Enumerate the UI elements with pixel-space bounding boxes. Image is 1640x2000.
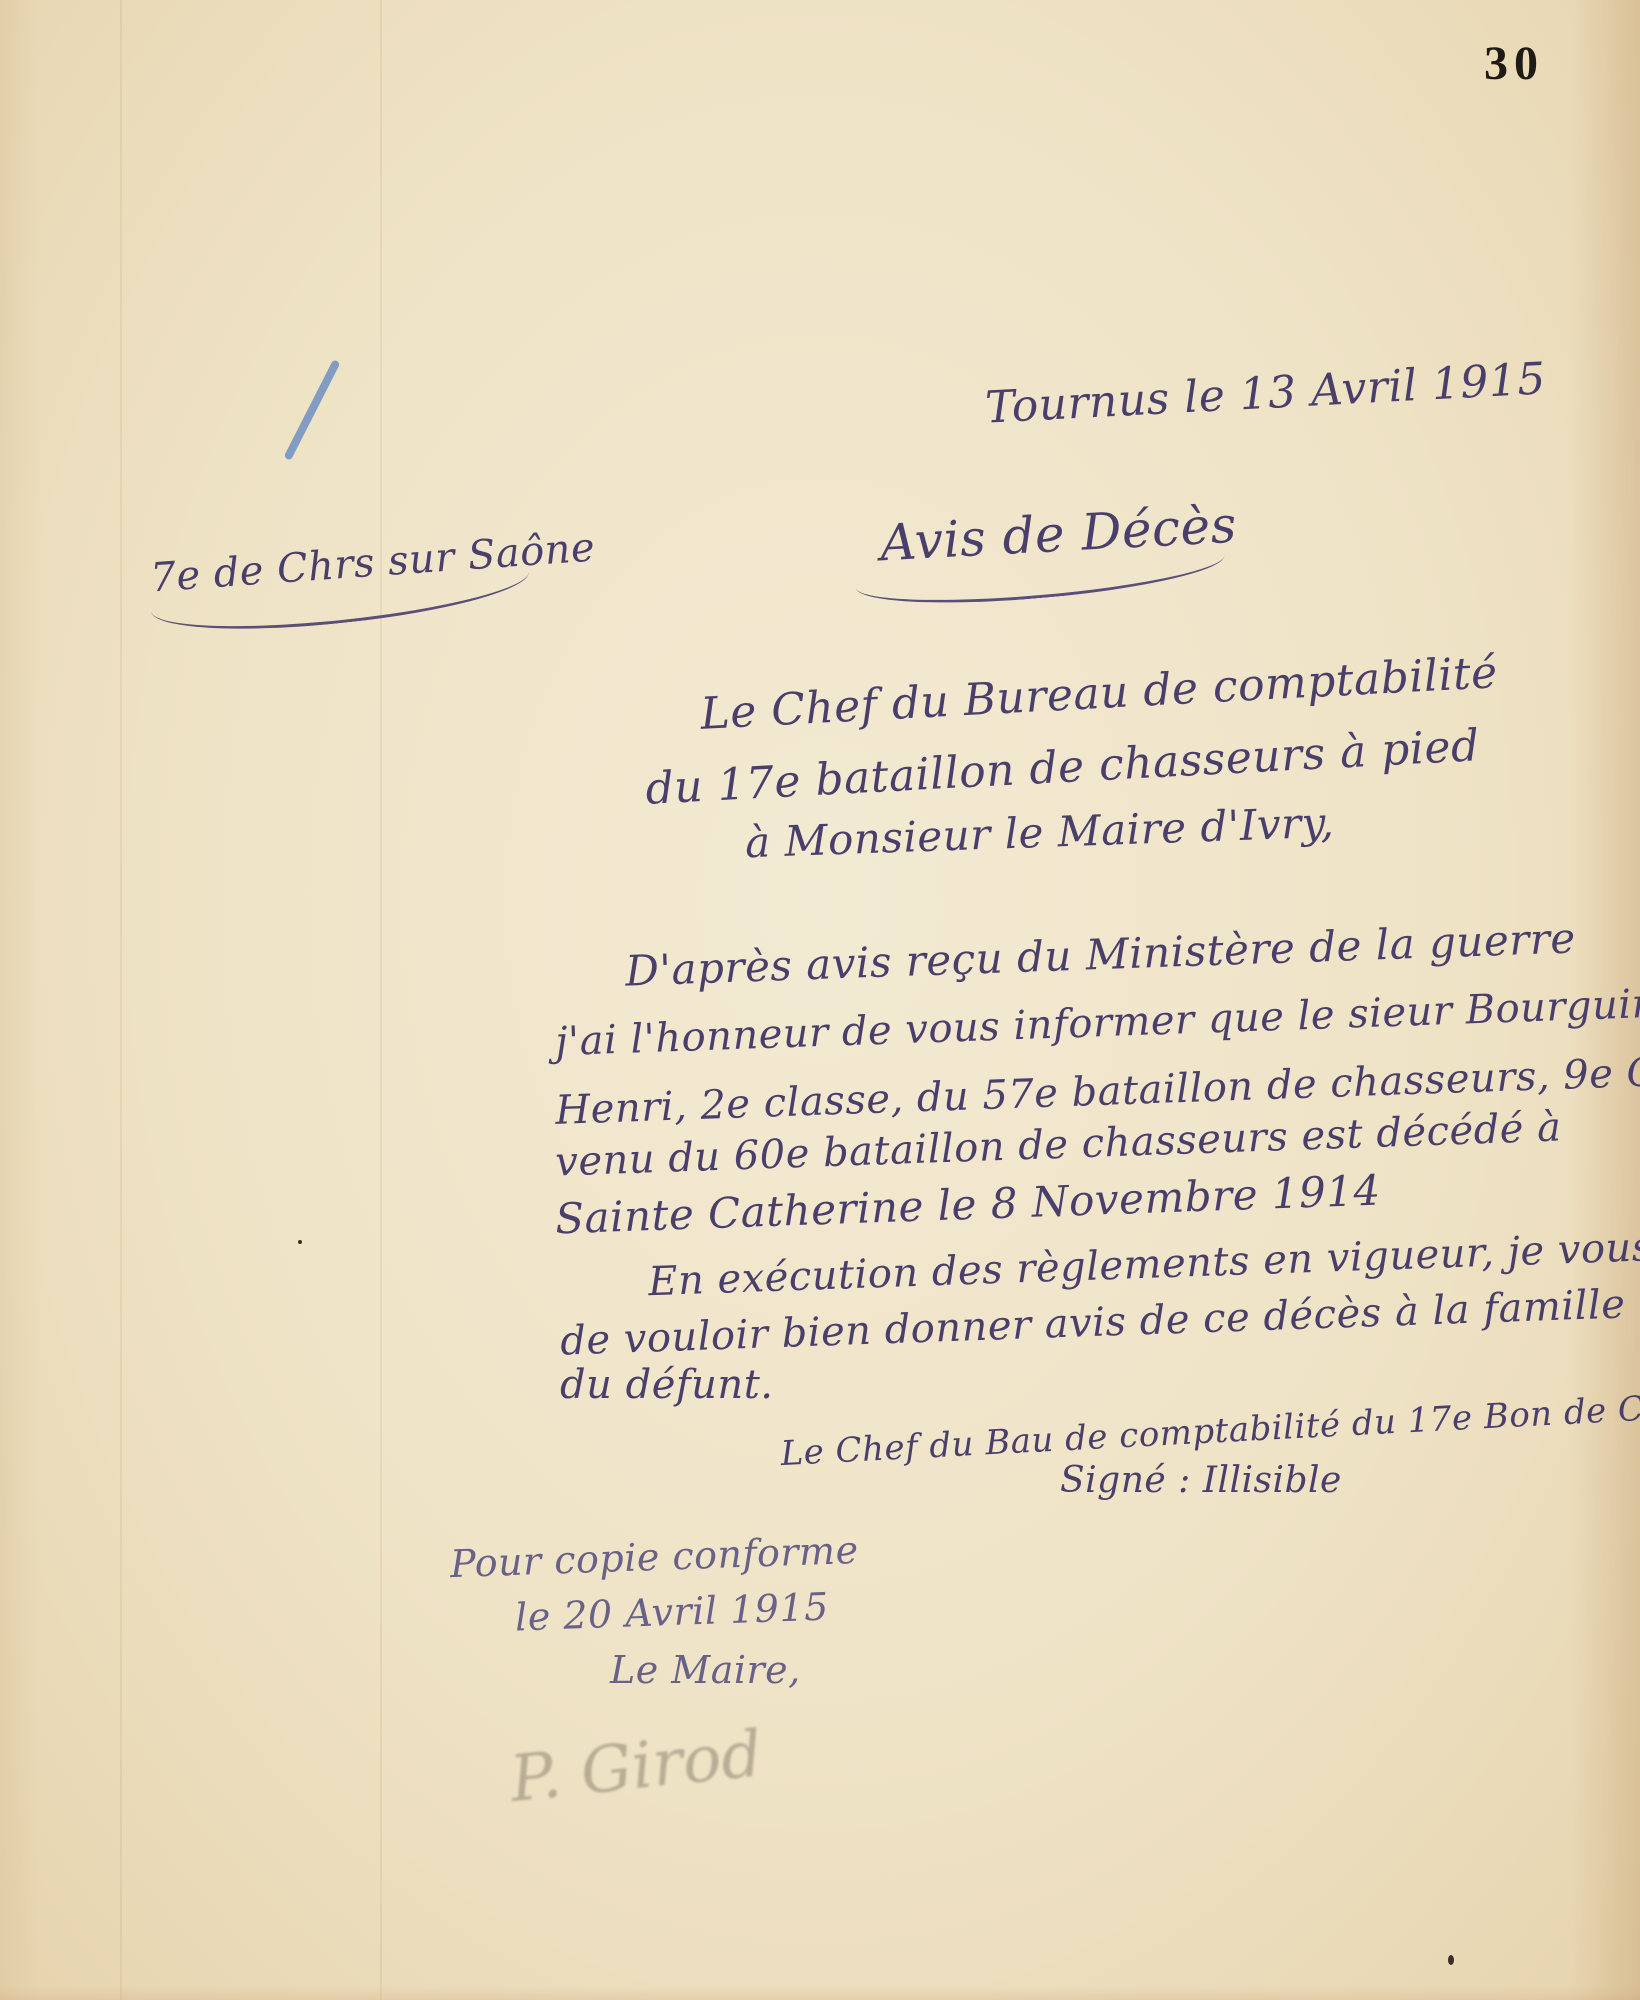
certified-date: le 20 Avril 1915	[514, 1585, 829, 1640]
mayor-signature: P. Girod	[507, 1717, 766, 1817]
body-line: D'après avis reçu du Ministère de la gue…	[624, 913, 1576, 995]
certified-copy: Pour copie conforme	[449, 1528, 859, 1586]
place-date: Tournus le 13 Avril 1915	[984, 353, 1547, 433]
blue-pencil-mark-icon	[283, 359, 340, 461]
ink-speck	[1448, 1955, 1454, 1965]
paper-fold	[380, 0, 382, 2000]
body-line: j'ai l'honneur de vous informer que le s…	[555, 981, 1640, 1065]
ink-speck	[298, 1240, 302, 1244]
page-number: 30	[1484, 36, 1544, 91]
signed-illegible: Signé : Illisible	[1060, 1460, 1342, 1501]
paper-fold	[120, 0, 122, 2000]
mayor-label: Le Maire,	[610, 1648, 801, 1692]
address-line-3: à Monsieur le Maire d'Ivry,	[744, 798, 1335, 868]
body-line: du défunt.	[560, 1362, 773, 1408]
document-page: 30 7e de Chrs sur Saône Tournus le 13 Av…	[0, 0, 1640, 2000]
